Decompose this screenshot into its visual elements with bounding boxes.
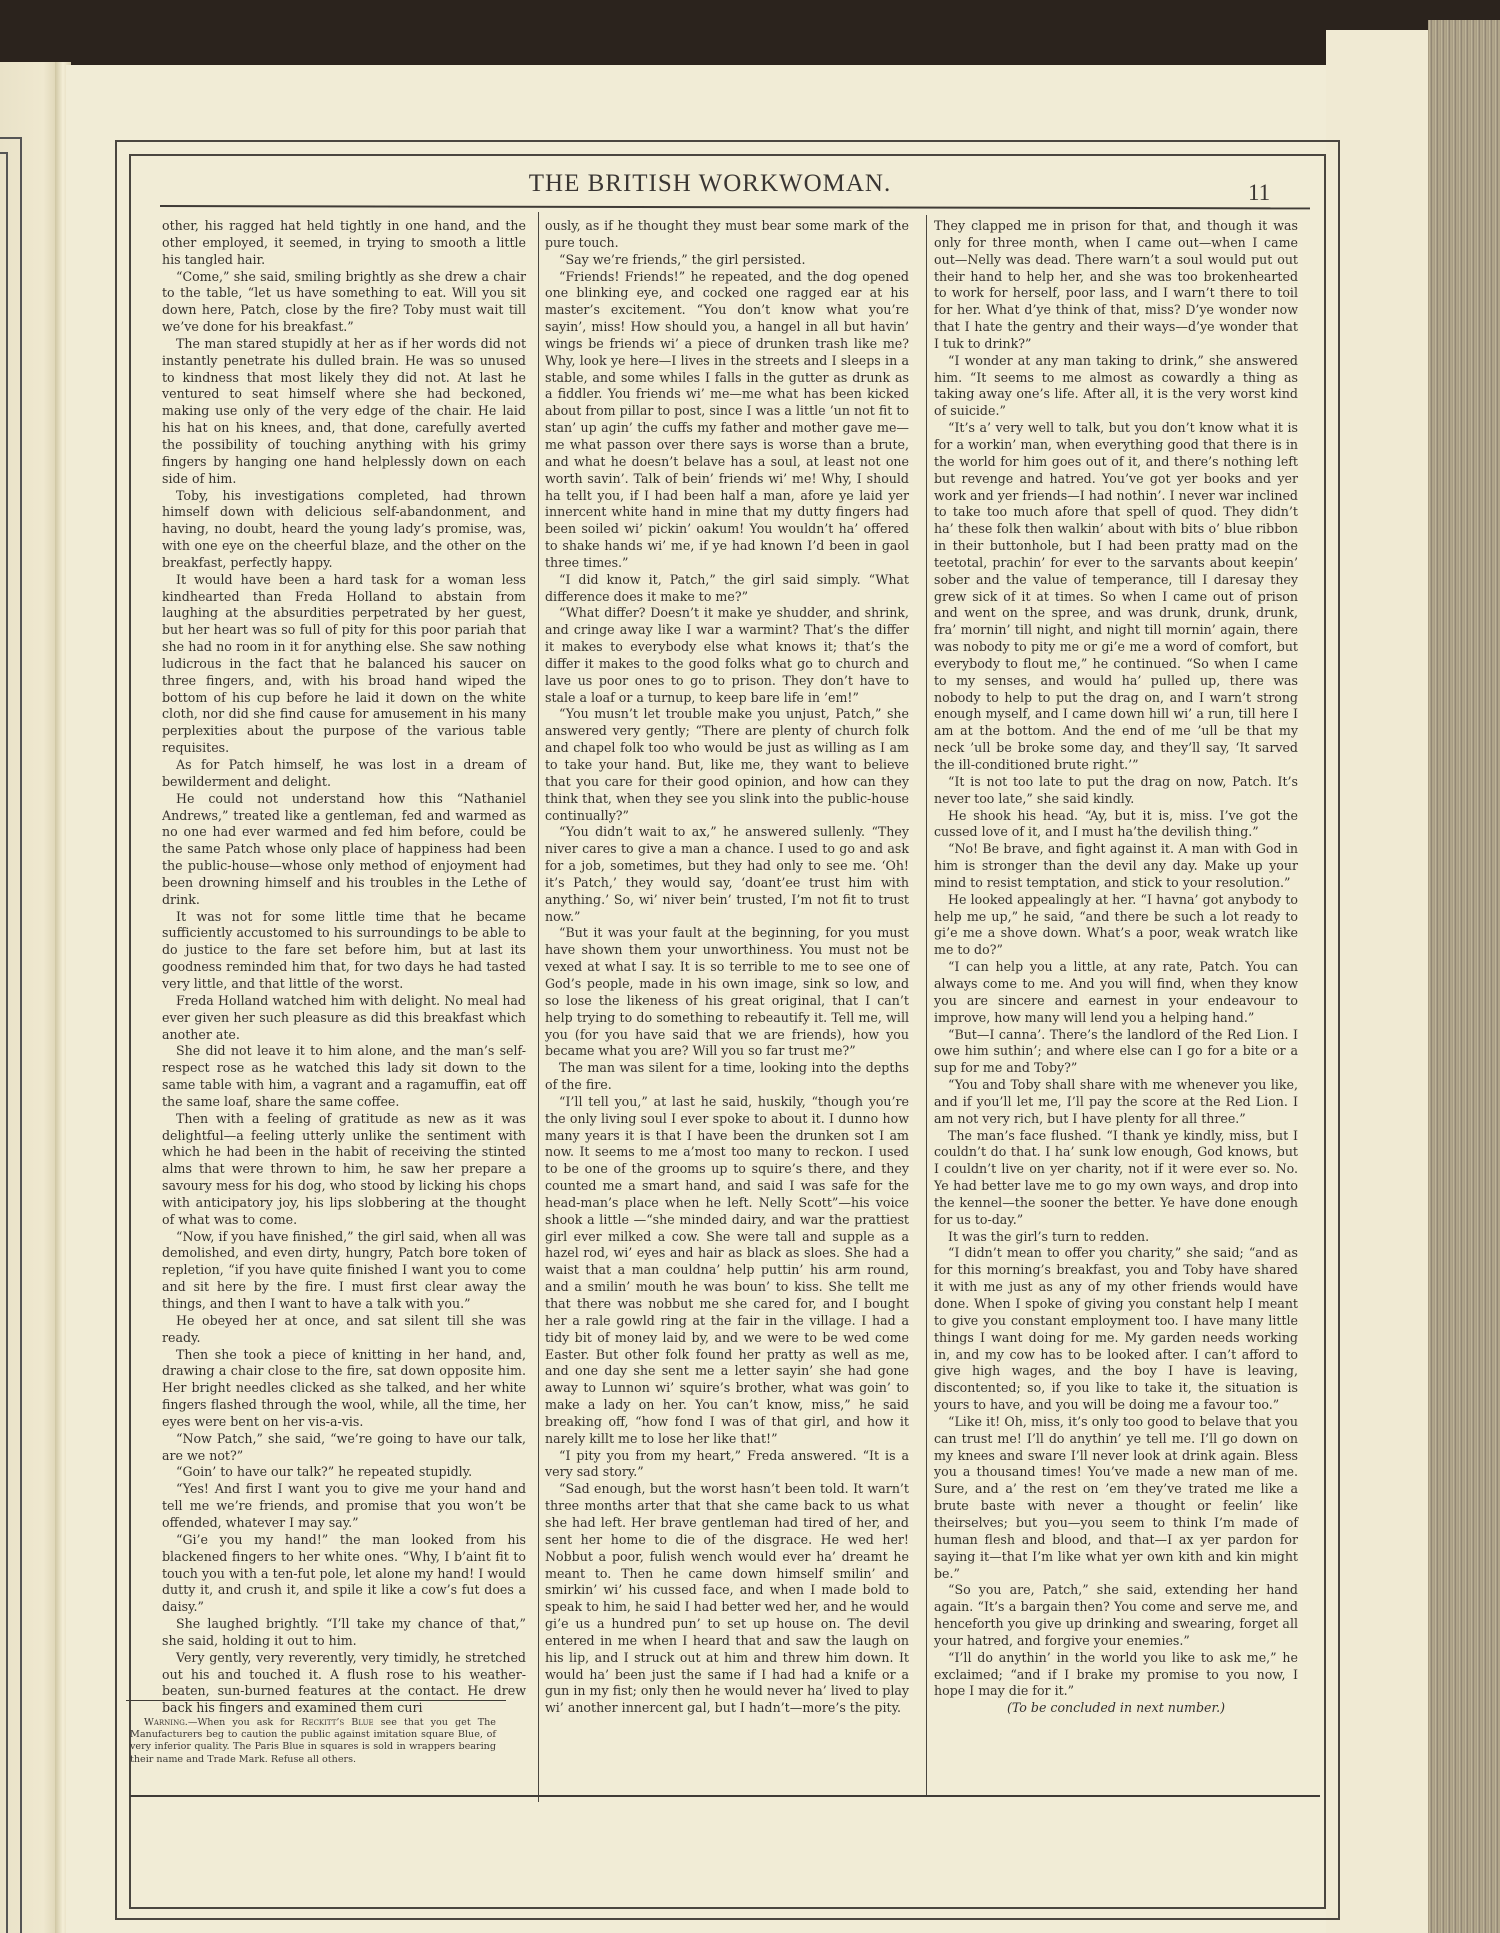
text-column-2: ously, as if he thought they must bear s…: [545, 218, 909, 1717]
paragraph: They clapped me in prison for that, and …: [934, 218, 1298, 353]
paragraph: ously, as if he thought they must bear s…: [545, 218, 909, 252]
paragraph: It was not for some little time that he …: [162, 909, 526, 993]
page-margin-right: [1326, 30, 1430, 1933]
paragraph: “Sad enough, but the worst hasn’t been t…: [545, 1481, 909, 1717]
paragraph: “Yes! And first I want you to give me yo…: [162, 1481, 526, 1532]
paragraph: Then with a feeling of gratitude as new …: [162, 1111, 526, 1229]
paragraph: The man’s face flushed. “I thank ye kind…: [934, 1128, 1298, 1229]
paragraph: “I didn’t mean to offer you charity,” sh…: [934, 1245, 1298, 1413]
paragraph: “Like it! Oh, miss, it’s only too good t…: [934, 1414, 1298, 1582]
facing-page-edge: [0, 62, 62, 1933]
paragraph: “It is not too late to put the drag on n…: [934, 774, 1298, 808]
paragraph: “What differ? Doesn’t it make ye shudder…: [545, 605, 909, 706]
column-divider: [926, 215, 927, 1795]
continuation-note: (To be concluded in next number.): [934, 1700, 1298, 1717]
text-column-1: other, his ragged hat held tightly in on…: [162, 218, 526, 1717]
paragraph: “You and Toby shall share with me whenev…: [934, 1077, 1298, 1128]
facing-page-border-inner: [0, 152, 8, 1933]
paragraph: “Come,” she said, smiling brightly as sh…: [162, 269, 526, 336]
paragraph: “It’s a’ very well to talk, but you don’…: [934, 420, 1298, 774]
masthead-title: THE BRITISH WORKWOMAN.: [480, 170, 940, 198]
paragraph: He obeyed her at once, and sat silent ti…: [162, 1313, 526, 1347]
advertisement-rule: [126, 1700, 506, 1701]
paragraph: It would have been a hard task for a wom…: [162, 572, 526, 757]
paragraph: As for Patch himself, he was lost in a d…: [162, 757, 526, 791]
paragraph: “I can help you a little, at any rate, P…: [934, 959, 1298, 1026]
paragraph: “Goin’ to have our talk?” he repeated st…: [162, 1464, 526, 1481]
paragraph: “You musn’t let trouble make you unjust,…: [545, 706, 909, 824]
paragraph: “But it was your fault at the beginning,…: [545, 925, 909, 1060]
footer-rule: [130, 1795, 1320, 1797]
ad-lead: Warning.: [144, 1717, 188, 1728]
paragraph: “Gi’e you my hand!” the man looked from …: [162, 1532, 526, 1616]
page-number: 11: [1248, 180, 1270, 206]
paragraph: Toby, his investigations completed, had …: [162, 488, 526, 572]
paragraph: He shook his head. “Ay, but it is, miss.…: [934, 808, 1298, 842]
paragraph: “Now Patch,” she said, “we’re going to h…: [162, 1431, 526, 1465]
paragraph: “I wonder at any man taking to drink,” s…: [934, 353, 1298, 420]
paragraph: Very gently, very reverently, very timid…: [162, 1650, 526, 1717]
paragraph: “No! Be brave, and fight against it. A m…: [934, 841, 1298, 892]
paragraph: “Say we’re friends,” the girl persisted.: [545, 252, 909, 269]
paragraph: It was the girl’s turn to redden.: [934, 1229, 1298, 1246]
paragraph: “You didn’t wait to ax,” he answered sul…: [545, 824, 909, 925]
paragraph: She laughed brightly. “I’ll take my chan…: [162, 1616, 526, 1650]
paragraph: “I’ll do anythin’ in the world you like …: [934, 1650, 1298, 1701]
paragraph: “So you are, Patch,” she said, extending…: [934, 1582, 1298, 1649]
text-column-3: They clapped me in prison for that, and …: [934, 218, 1298, 1717]
column-divider: [538, 212, 539, 1802]
paragraph: Freda Holland watched him with delight. …: [162, 993, 526, 1044]
ad-brand: Reckitt’s Blue: [301, 1717, 373, 1728]
paragraph: She did not leave it to him alone, and t…: [162, 1043, 526, 1110]
paragraph: Then she took a piece of knitting in her…: [162, 1347, 526, 1431]
paragraph: He looked appealingly at her. “I havna’ …: [934, 892, 1298, 959]
paragraph: “I pity you from my heart,” Freda answer…: [545, 1448, 909, 1482]
book-page-edges: [1428, 20, 1500, 1933]
paragraph: “Now, if you have finished,” the girl sa…: [162, 1229, 526, 1313]
paragraph: “I did know it, Patch,” the girl said si…: [545, 572, 909, 606]
paragraph: “I’ll tell you,” at last he said, huskil…: [545, 1094, 909, 1448]
paragraph: “But—I canna’. There’s the landlord of t…: [934, 1027, 1298, 1078]
advertisement-notice: Warning.—When you ask for Reckitt’s Blue…: [130, 1717, 496, 1766]
ad-text: see that you get: [374, 1717, 471, 1728]
paragraph: other, his ragged hat held tightly in on…: [162, 218, 526, 269]
paragraph: “Friends! Friends!” he repeated, and the…: [545, 269, 909, 572]
paragraph: He could not understand how this “Nathan…: [162, 791, 526, 909]
ad-text: —When you ask for: [188, 1717, 301, 1728]
paragraph: The man was silent for a time, looking i…: [545, 1060, 909, 1094]
paragraph: The man stared stupidly at her as if her…: [162, 336, 526, 488]
